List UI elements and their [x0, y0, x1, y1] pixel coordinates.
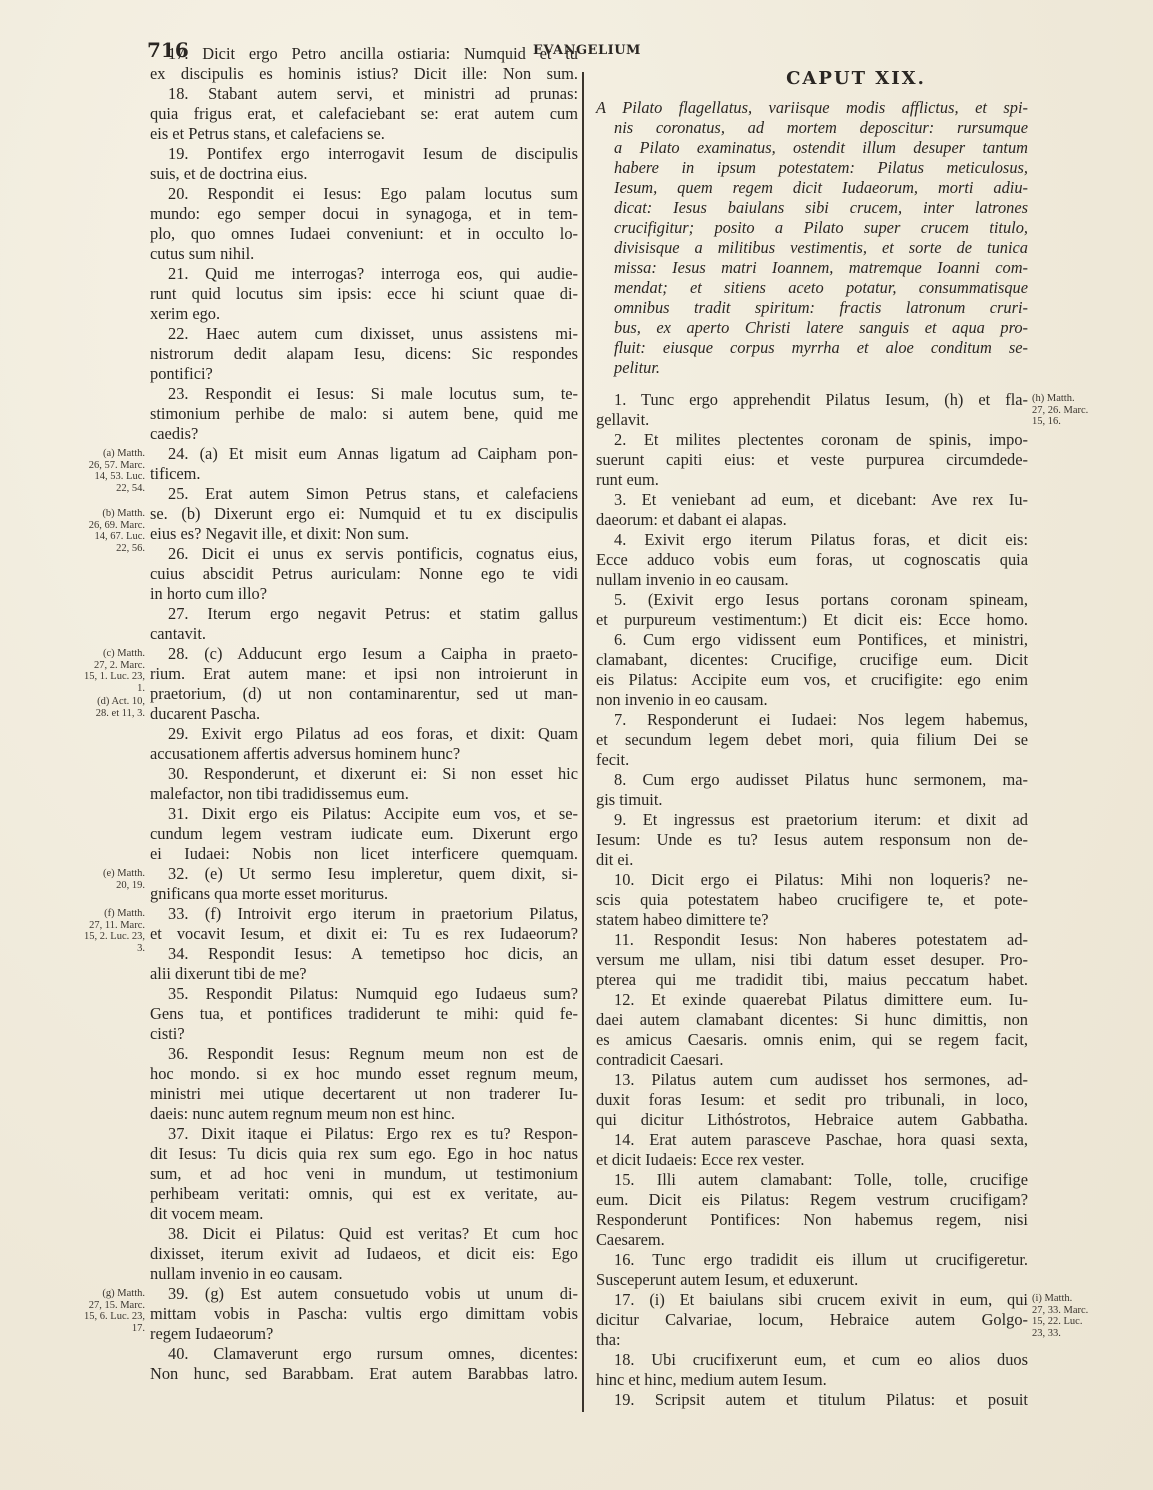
text-line: 20. Respondit ei Iesus: Ego palam locutu… — [150, 184, 578, 204]
margin-note-line: 15, 2. Luc. 23, — [84, 931, 145, 943]
text-line: 10. Dicit ergo ei Pilatus: Mihi non loqu… — [596, 870, 1028, 890]
text-line: cuius abscidit Petrus auriculam: Nonne e… — [150, 564, 578, 584]
text-line: 21. Quid me interrogas? interroga eos, q… — [150, 264, 578, 284]
text-line: omnibus tradit spiritum: fractis latronu… — [596, 298, 1028, 318]
text-line: alii dixerunt tibi de me? — [150, 964, 578, 984]
margin-reference-note: (g) Matth.27, 15. Marc.15, 6. Luc. 23,17… — [84, 1288, 145, 1334]
margin-note-line: 1. — [84, 683, 145, 695]
text-line: ministri mei utique decertarent ut non t… — [150, 1084, 578, 1104]
text-line: dit vocem meam. — [150, 1204, 578, 1224]
text-line: nullam invenio in eo causam. — [150, 1264, 578, 1284]
margin-note-line: 15, 16. — [1032, 416, 1088, 428]
text-line: 15. Illi autem clamabant: Tolle, tolle, … — [596, 1170, 1028, 1190]
margin-reference-note: (e) Matth.20, 19. — [103, 868, 145, 891]
margin-note-line: 15, 6. Luc. 23, — [84, 1311, 145, 1323]
text-line: daeis: nunc autem regnum meum non est hi… — [150, 1104, 578, 1124]
text-line: xerim ego. — [150, 304, 578, 324]
text-line: Gens tua, et pontifices tradiderunt te m… — [150, 1004, 578, 1024]
text-line: 32. (e) Ut sermo Iesu impleretur, quem d… — [150, 864, 578, 884]
text-line: 17. (i) Et baiulans sibi crucem exivit i… — [596, 1290, 1028, 1310]
text-line: clamabant, dicentes: Crucifige, crucifig… — [596, 650, 1028, 670]
text-line: duxit foras Iesum: et sedit pro tribunal… — [596, 1090, 1028, 1110]
margin-note-line: (i) Matth. — [1032, 1293, 1088, 1305]
text-line: rium. Erat autem mane: et ipsi non intro… — [150, 664, 578, 684]
text-line: eis et Petrus stans, et calefaciens se. — [150, 124, 578, 144]
margin-note-line: 22, 56. — [89, 543, 145, 555]
text-line: dicitur Calvariae, locum, Hebraice autem… — [596, 1310, 1028, 1330]
margin-reference-note: (i) Matth.27, 33. Marc.15, 22. Luc.23, 3… — [1032, 1293, 1088, 1339]
text-line: Susceperunt autem Iesum, et eduxerunt. — [596, 1270, 1028, 1290]
text-line: gis timuit. — [596, 790, 1028, 810]
margin-note-line: 27, 15. Marc. — [84, 1300, 145, 1312]
text-line: Caesarem. — [596, 1230, 1028, 1250]
text-line: plo, quo omnes Iudaei conveniunt: et in … — [150, 224, 578, 244]
text-line: 1. Tunc ergo apprehendit Pilatus Iesum, … — [596, 390, 1028, 410]
text-line: 8. Cum ergo audisset Pilatus hunc sermon… — [596, 770, 1028, 790]
text-line: 28. (c) Adducunt ergo Iesum a Caipha in … — [150, 644, 578, 664]
text-line: 23. Respondit ei Iesus: Si male locutus … — [150, 384, 578, 404]
text-line: stimonium perhibe de malo: si autem bene… — [150, 404, 578, 424]
text-line: 30. Responderunt, et dixerunt ei: Si non… — [150, 764, 578, 784]
margin-note-line: (c) Matth. — [84, 648, 145, 660]
text-line: daei autem clamabant dicentes: Si hunc d… — [596, 1010, 1028, 1030]
text-line: pontifici? — [150, 364, 578, 384]
text-line: et purpureum vestimentum:) Et dicit eis:… — [596, 610, 1028, 630]
text-line: es amicus Caesaris. omnis enim, qui se r… — [596, 1030, 1028, 1050]
text-line: regem Iudaeorum? — [150, 1324, 578, 1344]
text-line: Iesum: Unde es tu? Iesus autem responsum… — [596, 830, 1028, 850]
margin-note-line: 20, 19. — [103, 880, 145, 892]
margin-note-line: 15, 1. Luc. 23, — [84, 671, 145, 683]
text-line: Responderunt Pontifices: Non habemus reg… — [596, 1210, 1028, 1230]
margin-reference-note: (h) Matth.27, 26. Marc.15, 16. — [1032, 393, 1088, 428]
text-line: cantavit. — [150, 624, 578, 644]
text-line: et vocavit Iesum, et dixit ei: Tu es rex… — [150, 924, 578, 944]
text-line: nullam invenio in eo causam. — [596, 570, 1028, 590]
margin-note-line: 27, 11. Marc. — [84, 920, 145, 932]
text-line: fluit: eiusque corpus myrrha et aloe con… — [596, 338, 1028, 358]
text-line: 19. Scripsit autem et titulum Pilatus: e… — [596, 1390, 1028, 1410]
text-line: gnificans qua morte esset moriturus. — [150, 884, 578, 904]
text-line: mendat; et sitiens aceto potatur, consum… — [596, 278, 1028, 298]
margin-note-line: (a) Matth. — [89, 448, 145, 460]
text-line: 27. Iterum ergo negavit Petrus: et stati… — [150, 604, 578, 624]
text-line: eis Pilatus: Accipite eum vos, et crucif… — [596, 670, 1028, 690]
text-line: 4. Exivit ergo iterum Pilatus foras, et … — [596, 530, 1028, 550]
text-line: fecit. — [596, 750, 1028, 770]
text-line: contradicit Caesari. — [596, 1050, 1028, 1070]
text-line: 18. Ubi crucifixerunt eum, et cum eo ali… — [596, 1350, 1028, 1370]
text-line: 11. Respondit Iesus: Non haberes potesta… — [596, 930, 1028, 950]
text-line: 33. (f) Introivit ergo iterum in praetor… — [150, 904, 578, 924]
margin-reference-note: (d) Act. 10,28. et 11, 3. — [96, 696, 145, 719]
margin-note-line: (e) Matth. — [103, 868, 145, 880]
text-line: 25. Erat autem Simon Petrus stans, et ca… — [150, 484, 578, 504]
text-line: 34. Respondit Iesus: A temetipso hoc dic… — [150, 944, 578, 964]
text-line: 35. Respondit Pilatus: Numquid ego Iudae… — [150, 984, 578, 1004]
text-line: 3. Et veniebant ad eum, et dicebant: Ave… — [596, 490, 1028, 510]
text-line: malefactor, non tibi tradidissemus eum. — [150, 784, 578, 804]
text-line: 38. Dicit ei Pilatus: Quid est veritas? … — [150, 1224, 578, 1244]
text-line: runt eum. — [596, 470, 1028, 490]
text-line: gellavit. — [596, 410, 1028, 430]
text-line: habere in ipsum potestatem: Pilatus meti… — [596, 158, 1028, 178]
margin-note-line: 23, 33. — [1032, 1328, 1088, 1340]
text-line: daeorum: et dabant ei alapas. — [596, 510, 1028, 530]
text-line: dixisset, iterum exivit ad Iudaeos, et d… — [150, 1244, 578, 1264]
text-line: non invenio in eo causam. — [596, 690, 1028, 710]
text-line: in horto cum illo? — [150, 584, 578, 604]
text-line: Non hunc, sed Barabbam. Erat autem Barab… — [150, 1364, 578, 1384]
text-line: praetorium, (d) ut non contaminarentur, … — [150, 684, 578, 704]
chapter-title: CAPUT XIX. — [596, 68, 1116, 89]
margin-note-line: (b) Matth. — [89, 508, 145, 520]
text-line: et secundum legem debet mori, quia filiu… — [596, 730, 1028, 750]
text-line: 9. Et ingressus est praetorium iterum: e… — [596, 810, 1028, 830]
text-line: 36. Respondit Iesus: Regnum meum non est… — [150, 1044, 578, 1064]
margin-note-line: 14, 67. Luc. — [89, 531, 145, 543]
text-line: caedis? — [150, 424, 578, 444]
text-line: accusationem affertis adversus hominem h… — [150, 744, 578, 764]
text-line: 22. Haec autem cum dixisset, unus assist… — [150, 324, 578, 344]
text-line: 16. Tunc ergo tradidit eis illum ut cruc… — [596, 1250, 1028, 1270]
text-line: 5. (Exivit ergo Iesus portans coronam sp… — [596, 590, 1028, 610]
text-line: dit Iesus: Tu dicis quia rex sum ego. Eg… — [150, 1144, 578, 1164]
text-line: dit ei. — [596, 850, 1028, 870]
text-line: 29. Exivit ergo Pilatus ad eos foras, et… — [150, 724, 578, 744]
text-line: 12. Et exinde quaerebat Pilatus dimitter… — [596, 990, 1028, 1010]
text-line: mittam vobis in Pascha: vultis ergo dimi… — [150, 1304, 578, 1324]
text-line: 37. Dixit itaque ei Pilatus: Ergo rex es… — [150, 1124, 578, 1144]
text-line: A Pilato flagellatus, variisque modis af… — [596, 98, 1028, 118]
text-line: nistrorum dedit alapam Iesu, dicens: Sic… — [150, 344, 578, 364]
text-line: pelitur. — [596, 358, 1028, 378]
text-line: tha: — [596, 1330, 1028, 1350]
text-line: cisti? — [150, 1024, 578, 1044]
text-line: missa: Iesus matri Ioannem, matremque Io… — [596, 258, 1028, 278]
margin-note-line: (d) Act. 10, — [96, 696, 145, 708]
text-line: statem habeo dimittere te? — [596, 910, 1028, 930]
text-line: mundo: ego semper docui in synagoga, et … — [150, 204, 578, 224]
text-line: crucifigitur; posito a Pilato super cruc… — [596, 218, 1028, 238]
text-line: runt quid locutus sim ipsis: ecce hi sci… — [150, 284, 578, 304]
margin-note-line: 26, 69. Marc. — [89, 520, 145, 532]
text-line: a Pilato examinatus, ostendit illum desu… — [596, 138, 1028, 158]
text-line: 17. Dicit ergo Petro ancilla ostiaria: N… — [150, 44, 578, 64]
margin-reference-note: (a) Matth.26, 57. Marc.14, 53. Luc.22, 5… — [89, 448, 145, 494]
text-line: divisisque a militibus vestimentis, et s… — [596, 238, 1028, 258]
margin-note-line: 14, 53. Luc. — [89, 471, 145, 483]
text-line: cutus sum nihil. — [150, 244, 578, 264]
margin-note-line: 27, 26. Marc. — [1032, 405, 1088, 417]
text-line: suerunt capiti eius: et veste purpurea c… — [596, 450, 1028, 470]
text-line: 14. Erat autem parasceve Paschae, hora q… — [596, 1130, 1028, 1150]
text-line: 2. Et milites plectentes coronam de spin… — [596, 430, 1028, 450]
margin-note-line: 3. — [84, 943, 145, 955]
text-line: quia frigus erat, et calefaciebant se: e… — [150, 104, 578, 124]
text-line: 7. Responderunt ei Iudaei: Nos legem hab… — [596, 710, 1028, 730]
text-line: 13. Pilatus autem cum audisset hos sermo… — [596, 1070, 1028, 1090]
text-line: 31. Dixit ergo eis Pilatus: Accipite eum… — [150, 804, 578, 824]
column-divider — [582, 72, 584, 1412]
text-line: hinc et hinc, medium autem Iesum. — [596, 1370, 1028, 1390]
text-line: perhibeam veritati: omnis, qui est ex ve… — [150, 1184, 578, 1204]
text-line: 24. (a) Et misit eum Annas ligatum ad Ca… — [150, 444, 578, 464]
text-line: versum me ullam, nisi tibi datum esset d… — [596, 950, 1028, 970]
text-line: 6. Cum ergo vidissent eum Pontifices, et… — [596, 630, 1028, 650]
text-line: qui dicitur Lithóstrotos, Hebraice autem… — [596, 1110, 1028, 1130]
margin-note-line: 27, 33. Marc. — [1032, 1305, 1088, 1317]
margin-note-line: 17. — [84, 1323, 145, 1335]
text-line: bus, ex aperto Christi latere sanguis et… — [596, 318, 1028, 338]
text-line: hoc mondo. si ex hoc mundo esset regnum … — [150, 1064, 578, 1084]
margin-note-line: 28. et 11, 3. — [96, 708, 145, 720]
text-line: nis coronatus, ad mortem deposcitur: rur… — [596, 118, 1028, 138]
text-line: dicat: Iesus baiulans sibi crucem, inter… — [596, 198, 1028, 218]
text-line: pterea qui me tradidit tibi, maius pecca… — [596, 970, 1028, 990]
text-line: suis, et de doctrina eius. — [150, 164, 578, 184]
text-line: 40. Clamaverunt ergo rursum omnes, dicen… — [150, 1344, 578, 1364]
text-line: Ecce adduco vobis eum foras, ut cognosca… — [596, 550, 1028, 570]
margin-note-line: 15, 22. Luc. — [1032, 1316, 1088, 1328]
text-line: ex discipulis es hominis istius? Dicit i… — [150, 64, 578, 84]
margin-reference-note: (c) Matth.27, 2. Marc.15, 1. Luc. 23,1. — [84, 648, 145, 694]
margin-note-line: (h) Matth. — [1032, 393, 1088, 405]
text-line: eius es? Negavit ille, et dixit: Non sum… — [150, 524, 578, 544]
margin-note-line: 22, 54. — [89, 483, 145, 495]
margin-reference-note: (f) Matth.27, 11. Marc.15, 2. Luc. 23,3. — [84, 908, 145, 954]
text-line: se. (b) Dixerunt ergo ei: Numquid et tu … — [150, 504, 578, 524]
margin-note-line: 26, 57. Marc. — [89, 460, 145, 472]
text-line: sum, et ad hoc veni in mundum, ut testim… — [150, 1164, 578, 1184]
text-line: 26. Dicit ei unus ex servis pontificis, … — [150, 544, 578, 564]
text-line: et dicit Iudaeis: Ecce rex vester. — [596, 1150, 1028, 1170]
text-line: 39. (g) Est autem consuetudo vobis ut un… — [150, 1284, 578, 1304]
margin-note-line: 27, 2. Marc. — [84, 660, 145, 672]
margin-note-line: (f) Matth. — [84, 908, 145, 920]
text-line: ducarent Pascha. — [150, 704, 578, 724]
text-line: scis quia potestatem habeo crucifigere t… — [596, 890, 1028, 910]
text-line: 19. Pontifex ergo interrogavit Iesum de … — [150, 144, 578, 164]
margin-note-line: (g) Matth. — [84, 1288, 145, 1300]
text-line: eum. Dicit eis Pilatus: Regem vestrum cr… — [596, 1190, 1028, 1210]
text-line: 18. Stabant autem servi, et ministri ad … — [150, 84, 578, 104]
text-line: ei Iudaei: Nobis non licet interficere q… — [150, 844, 578, 864]
text-line: Iesum, quem regem dicit Iudaeorum, morti… — [596, 178, 1028, 198]
margin-reference-note: (b) Matth.26, 69. Marc.14, 67. Luc.22, 5… — [89, 508, 145, 554]
text-line: tificem. — [150, 464, 578, 484]
text-line: cundum legem vestram iudicate eum. Dixer… — [150, 824, 578, 844]
